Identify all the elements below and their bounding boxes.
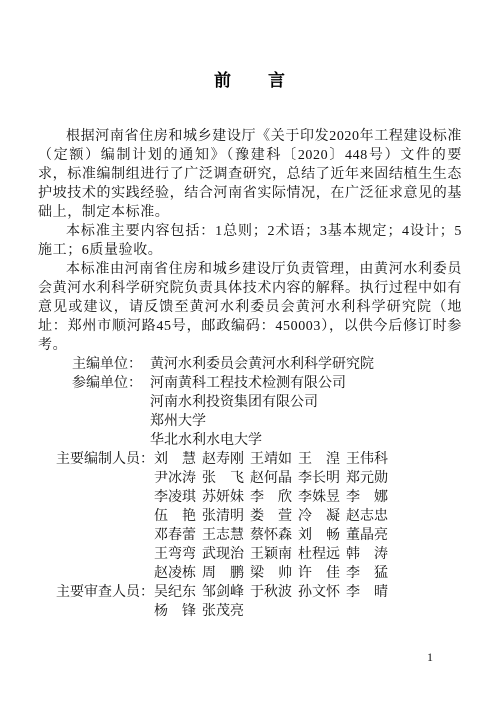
drafter-name: 杜程远	[298, 545, 340, 564]
chief-editor-unit-row: 主编单位： 黄河水利委员会黄河水利科学研究院	[38, 355, 462, 374]
chief-reviewers-label: 主要审查人员：	[56, 583, 154, 602]
drafter-name: 周 鹏	[202, 564, 244, 583]
chief-editor-unit-name: 黄河水利委员会黄河水利科学研究院	[150, 355, 374, 374]
participating-unit-name: 郑州大学	[150, 412, 206, 431]
drafter-name: 李 欣	[250, 488, 292, 507]
participating-unit-name: 河南黄科工程技术检测有限公司	[150, 374, 346, 393]
page-title: 前 言	[0, 0, 500, 93]
drafter-name: 赵寿刚	[202, 450, 244, 469]
drafter-name: 梁 帅	[250, 564, 292, 583]
drafter-name: 许 佳	[298, 564, 340, 583]
preface-paragraph-3: 本标准由河南省住房和城乡建设厅负责管理，由黄河水利委员会黄河水利科学研究院负责具…	[38, 260, 462, 355]
preface-paragraph-1: 根据河南省住房和城乡建设厅《关于印发2020年工程建设标准（定额）编制计划的通知…	[38, 127, 462, 222]
drafter-name: 娄 萱	[250, 507, 292, 526]
participating-units-label: 参编单位：	[72, 374, 150, 393]
chief-drafters-row: 主要编制人员： 刘 慧 赵寿刚 王靖如 王 湟 王伟科	[38, 450, 462, 469]
drafter-name: 冷 凝	[298, 507, 340, 526]
drafter-name: 刘 畅	[298, 526, 340, 545]
drafter-name: 韩 涛	[346, 545, 388, 564]
drafter-name: 尹冰涛	[154, 469, 196, 488]
chief-drafters-row: 尹冰涛 张 飞 赵何晶 李长明 郑元勋	[38, 469, 462, 488]
chief-reviewers-row: 杨 锋 张茂亮	[38, 602, 462, 621]
reviewer-name: 孙文怀	[298, 583, 340, 602]
chief-editor-unit-label: 主编单位：	[72, 355, 150, 374]
reviewer-name: 李 晴	[346, 583, 388, 602]
drafter-name: 王靖如	[250, 450, 292, 469]
drafter-name: 王颖南	[250, 545, 292, 564]
drafter-name: 王志慧	[202, 526, 244, 545]
participating-unit-name: 华北水利水电大学	[150, 431, 262, 450]
participating-unit-row: 华北水利水电大学	[38, 431, 462, 450]
participating-unit-row: 参编单位： 河南黄科工程技术检测有限公司	[38, 374, 462, 393]
drafter-name: 李姝昱	[298, 488, 340, 507]
drafter-name: 赵凌栋	[154, 564, 196, 583]
drafter-name: 郑元勋	[346, 469, 388, 488]
drafter-name: 王伟科	[346, 450, 388, 469]
chief-drafters-row: 邓春蕾 王志慧 蔡怀森 刘 畅 董晶亮	[38, 526, 462, 545]
preface-content: 根据河南省住房和城乡建设厅《关于印发2020年工程建设标准（定额）编制计划的通知…	[38, 127, 462, 621]
drafter-name: 王弯弯	[154, 545, 196, 564]
reviewer-name: 于秋波	[250, 583, 292, 602]
document-page: 前 言 根据河南省住房和城乡建设厅《关于印发2020年工程建设标准（定额）编制计…	[0, 0, 500, 710]
reviewer-name: 张茂亮	[202, 602, 244, 621]
drafter-name: 李 猛	[346, 564, 388, 583]
drafter-name: 李凌琪	[154, 488, 196, 507]
drafter-name: 赵何晶	[250, 469, 292, 488]
drafter-name: 邓春蕾	[154, 526, 196, 545]
drafter-name: 刘 慧	[154, 450, 196, 469]
page-number: 1	[427, 650, 433, 664]
drafter-name: 蔡怀森	[250, 526, 292, 545]
participating-unit-row: 郑州大学	[38, 412, 462, 431]
drafter-name: 苏妍妹	[202, 488, 244, 507]
drafter-name: 李长明	[298, 469, 340, 488]
chief-drafters-row: 伍 艳 张清明 娄 萱 冷 凝 赵志忠	[38, 507, 462, 526]
drafter-name: 武现治	[202, 545, 244, 564]
drafter-name: 张清明	[202, 507, 244, 526]
chief-drafters-label: 主要编制人员：	[56, 450, 154, 469]
drafter-name: 李 娜	[346, 488, 388, 507]
chief-drafters-row: 王弯弯 武现治 王颖南 杜程远 韩 涛	[38, 545, 462, 564]
reviewer-name: 吴纪东	[154, 583, 196, 602]
reviewer-name: 邹剑峰	[202, 583, 244, 602]
drafter-name: 王 湟	[298, 450, 340, 469]
participating-unit-row: 河南水利投资集团有限公司	[38, 393, 462, 412]
drafter-name: 赵志忠	[346, 507, 388, 526]
chief-drafters-row: 李凌琪 苏妍妹 李 欣 李姝昱 李 娜	[38, 488, 462, 507]
chief-drafters-row: 赵凌栋 周 鹏 梁 帅 许 佳 李 猛	[38, 564, 462, 583]
preface-paragraph-2: 本标准主要内容包括：1总则；2术语；3基本规定；4设计；5施工；6质量验收。	[38, 222, 462, 260]
drafter-name: 张 飞	[202, 469, 244, 488]
drafter-name: 董晶亮	[346, 526, 388, 545]
chief-reviewers-row: 主要审查人员： 吴纪东 邹剑峰 于秋波 孙文怀 李 晴	[38, 583, 462, 602]
drafter-name: 伍 艳	[154, 507, 196, 526]
reviewer-name: 杨 锋	[154, 602, 196, 621]
participating-unit-name: 河南水利投资集团有限公司	[150, 393, 318, 412]
